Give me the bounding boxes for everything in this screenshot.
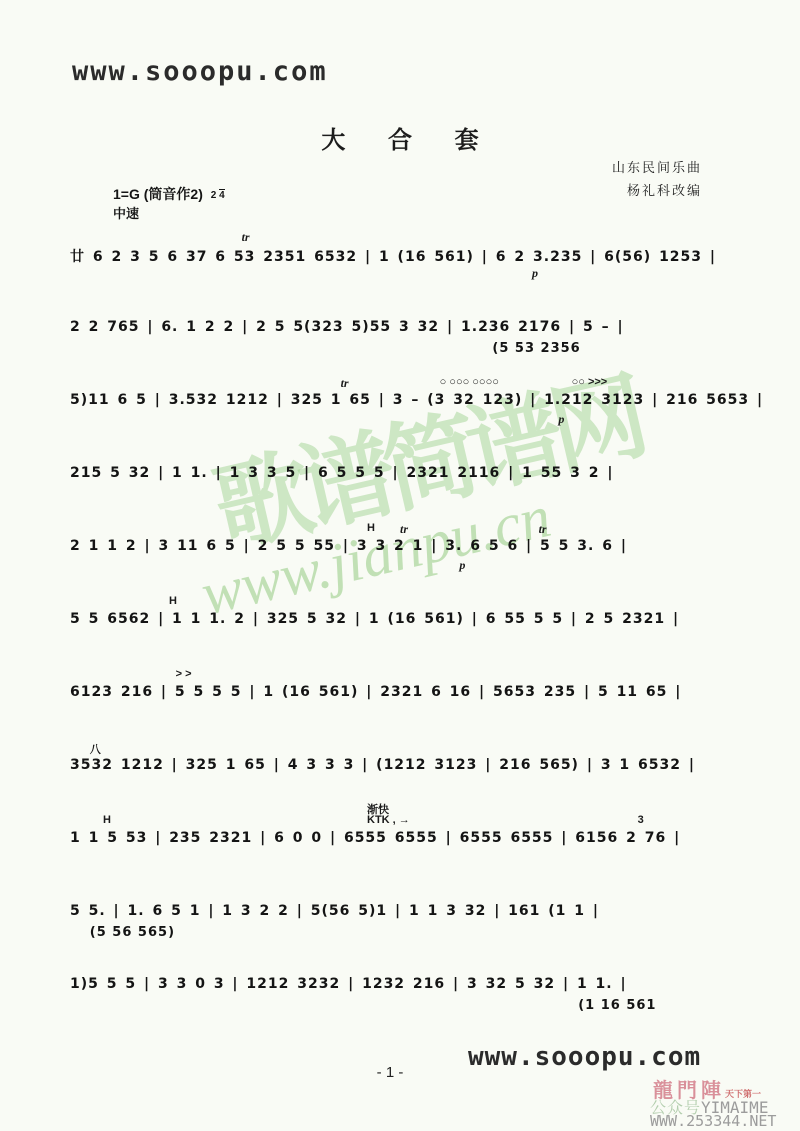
note-row: 2 2 765 | 6. 1 2 2 | 2 5 5(323 5)55 3 32… — [70, 319, 624, 335]
grace-note-row: (5 53 2356 — [492, 341, 580, 356]
score-line-3: tr○ ○○○ ○○○○○○ >>>5)11 6 5 | 3.532 1212 … — [70, 372, 730, 445]
note-row: 3532 1212 | 325 1 65 | 4 3 3 3 | (1212 3… — [70, 757, 695, 773]
credit-source: 山东民间乐曲 — [612, 156, 702, 179]
ornament-mark: H — [169, 595, 177, 607]
ornament-mark: H — [367, 522, 375, 534]
score-line-9: H渐快KTK , →31 1 5 53 | 235 2321 | 6 0 0 |… — [70, 810, 730, 883]
sheet-music-page: www.sooopu.com 大 合 套 山东民间乐曲 杨礼科改编 1=G (筒… — [0, 0, 800, 1131]
site-url: WWW.253344.NET — [650, 1112, 776, 1130]
ornament-mark: > > — [176, 668, 192, 680]
credit-arranger: 杨礼科改编 — [612, 179, 702, 202]
top-watermark: www.sooopu.com — [72, 56, 328, 87]
ornament-mark: 3 — [638, 814, 644, 826]
ornament-mark: tr — [539, 522, 547, 537]
score-line-7: > >6123 216 | 5 5 5 5 | 1 (16 561) | 232… — [70, 664, 730, 737]
score-line-2: 2 2 765 | 6. 1 2 2 | 2 5 5(323 5)55 3 32… — [70, 299, 730, 372]
ornament-mark: ○○ >>> — [572, 376, 608, 388]
note-row: 5 5. | 1. 6 5 1 | 1 3 2 2 | 5(56 5)1 | 1… — [70, 903, 599, 919]
note-row: 5)11 6 5 | 3.532 1212 | 325 1 65 | 3 – (… — [70, 392, 763, 408]
tempo-marking: 中速 — [113, 203, 139, 222]
grace-note-row: (1 16 561 — [578, 998, 656, 1013]
score-line-8: 八3532 1212 | 325 1 65 | 4 3 3 3 | (1212 … — [70, 737, 730, 810]
ornament-mark: 八 — [90, 741, 101, 757]
page-number: - 1 - — [340, 1064, 440, 1081]
score-systems: tr廿 6 2 3 5 6 37 6 53 2351 6532 | 1 (16 … — [70, 226, 730, 1029]
note-row: 1)5 5 5 | 3 3 0 3 | 1212 3232 | 1232 216… — [70, 976, 627, 992]
score-line-4: 215 5 32 | 1 1. | 1 3 3 5 | 6 5 5 5 | 23… — [70, 445, 730, 518]
note-row: 1 1 5 53 | 235 2321 | 6 0 0 | 6555 6555 … — [70, 830, 680, 846]
score-line-11: 1)5 5 5 | 3 3 0 3 | 1212 3232 | 1232 216… — [70, 956, 730, 1029]
grace-note-row: (5 56 565) — [90, 925, 175, 940]
score-line-1: tr廿 6 2 3 5 6 37 6 53 2351 6532 | 1 (16 … — [70, 226, 730, 299]
score-line-10: 5 5. | 1. 6 5 1 | 1 3 2 2 | 5(56 5)1 | 1… — [70, 883, 730, 956]
note-row: 2 1 1 2 | 3 11 6 5 | 2 5 5 55 | 3 3 2 1 … — [70, 538, 627, 554]
dynamic-mark: p — [532, 266, 538, 281]
time-numerator: 2 — [211, 190, 217, 201]
ornament-mark: tr — [400, 522, 408, 537]
bottom-watermark: www.sooopu.com — [468, 1042, 701, 1072]
note-row: 6123 216 | 5 5 5 5 | 1 (16 561) | 2321 6… — [70, 684, 681, 700]
composer-credits: 山东民间乐曲 杨礼科改编 — [612, 156, 702, 202]
score-line-6: H5 5 6562 | 1 1 1. 2 | 325 5 32 | 1 (16 … — [70, 591, 730, 664]
note-row: 廿 6 2 3 5 6 37 6 53 2351 6532 | 1 (16 56… — [70, 246, 716, 266]
dynamic-mark: p — [459, 558, 465, 573]
note-row: 5 5 6562 | 1 1 1. 2 | 325 5 32 | 1 (16 5… — [70, 611, 679, 627]
score-line-5: Htrtr2 1 1 2 | 3 11 6 5 | 2 5 5 55 | 3 3… — [70, 518, 730, 591]
dynamic-mark: p — [558, 412, 564, 427]
page-title: 大 合 套 — [0, 120, 800, 155]
ornament-mark: tr — [341, 376, 349, 391]
time-denominator: 4 — [219, 189, 225, 201]
note-row: 215 5 32 | 1 1. | 1 3 3 5 | 6 5 5 5 | 23… — [70, 465, 613, 481]
ornament-mark: H — [103, 814, 111, 826]
ornament-mark: KTK , → — [367, 814, 410, 826]
ornament-mark: ○ ○○○ ○○○○ — [440, 376, 499, 388]
ornament-mark: tr — [242, 230, 250, 245]
key-text: 1=G (筒音作2) — [113, 186, 203, 202]
time-signature: 2 4 — [211, 191, 225, 200]
key-signature: 1=G (筒音作2) 2 4 — [113, 184, 225, 204]
